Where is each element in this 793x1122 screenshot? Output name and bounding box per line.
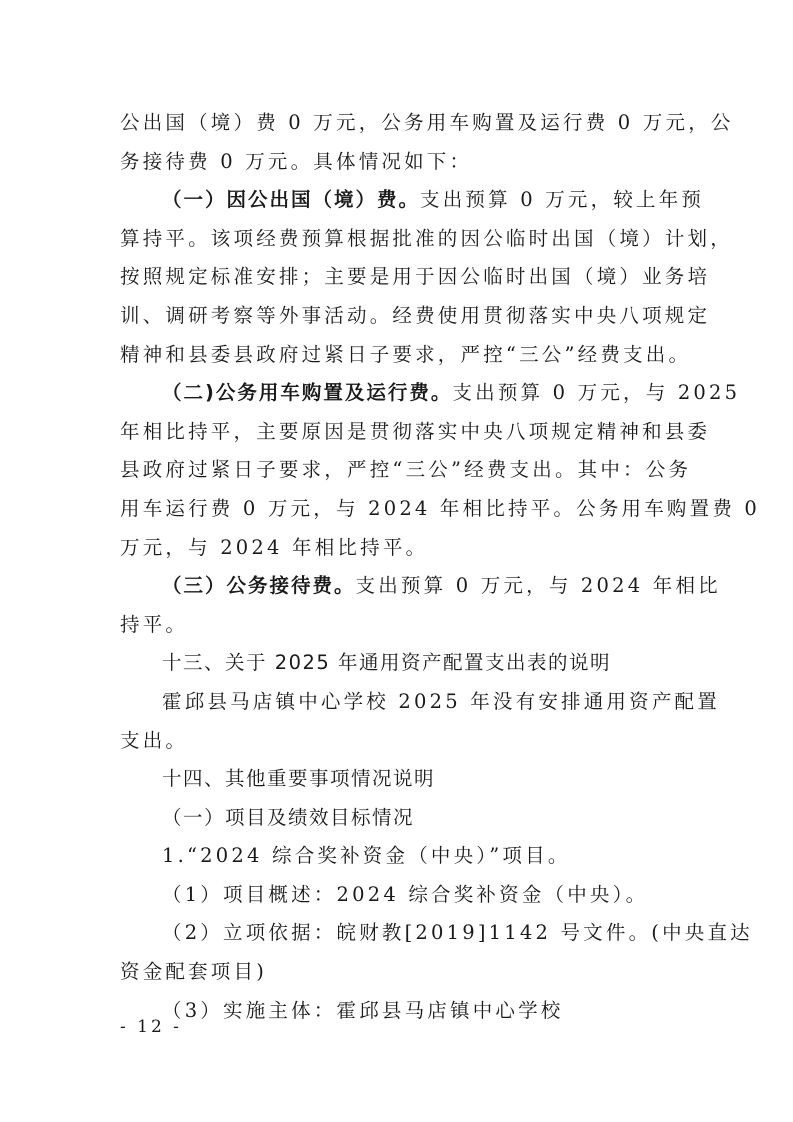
paragraph-lead-line: （二)公务用车购置及运行费。支出预算 0 万元，与 2025	[120, 374, 675, 413]
paragraph-lead-bold: （二)公务用车购置及运行费。	[162, 381, 452, 404]
text-line: 支出。	[120, 722, 675, 761]
text-line: 持平。	[120, 606, 675, 645]
text-line: 公出国（境）费 0 万元，公务用车购置及运行费 0 万元，公	[120, 104, 675, 143]
project-basis: （2）立项依据：皖财教[2019]1142 号文件。(中央直达	[120, 914, 675, 953]
paragraph-lead-bold: （三）公务接待费。	[162, 574, 356, 597]
project-overview: （1）项目概述：2024 综合奖补资金（中央）。	[120, 876, 675, 915]
page-number: - 12 -	[120, 1017, 182, 1037]
text-line: 务接待费 0 万元。具体情况如下：	[120, 143, 675, 182]
subsection-heading: （一）项目及绩效目标情况	[120, 799, 675, 838]
text-line: 年相比持平，主要原因是贯彻落实中央八项规定精神和县委	[120, 413, 675, 452]
text-line: 按照规定标准安排；主要是用于因公临时出国（境）业务培	[120, 258, 675, 297]
text-line: 霍邱县马店镇中心学校 2025 年没有安排通用资产配置	[120, 683, 675, 722]
text-line: 县政府过紧日子要求，严控“三公”经费支出。其中：公务	[120, 451, 675, 490]
section-heading-14: 十四、其他重要事项情况说明	[120, 760, 675, 799]
text-line: 万元，与 2024 年相比持平。	[120, 529, 675, 568]
project-entity: （3）实施主体：霍邱县马店镇中心学校	[120, 992, 675, 1031]
text-line: 用车运行费 0 万元，与 2024 年相比持平。公务用车购置费 0	[120, 490, 675, 529]
paragraph-lead-text: 支出预算 0 万元，与 2025	[452, 381, 740, 404]
text-line: 精神和县委县政府过紧日子要求，严控“三公”经费支出。	[120, 336, 675, 375]
paragraph-lead-line: （一）因公出国（境）费。支出预算 0 万元，较上年预	[120, 181, 675, 220]
text-line: 训、调研考察等外事活动。经费使用贯彻落实中央八项规定	[120, 297, 675, 336]
paragraph-lead-line: （三）公务接待费。支出预算 0 万元，与 2024 年相比	[120, 567, 675, 606]
document-page: 公出国（境）费 0 万元，公务用车购置及运行费 0 万元，公 务接待费 0 万元…	[120, 104, 675, 1030]
paragraph-lead-bold: （一）因公出国（境）费。	[162, 188, 420, 211]
paragraph-lead-text: 支出预算 0 万元，较上年预	[420, 188, 704, 211]
project-title: 1.“2024 综合奖补资金（中央）”项目。	[120, 837, 675, 876]
section-heading-13: 十三、关于 2025 年通用资产配置支出表的说明	[120, 644, 675, 683]
text-line: 算持平。该项经费预算根据批准的因公临时出国（境）计划，	[120, 220, 675, 259]
paragraph-lead-text: 支出预算 0 万元，与 2024 年相比	[356, 574, 721, 597]
text-line: 资金配套项目)	[120, 953, 675, 992]
